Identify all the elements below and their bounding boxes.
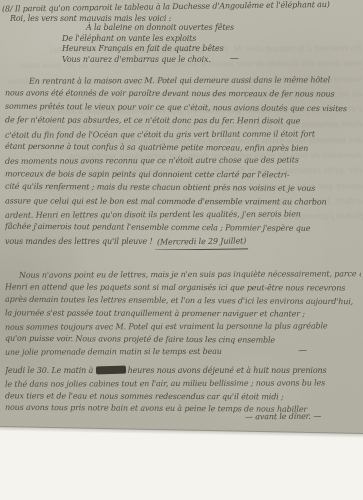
paragraph-1: En rentrant à la maison avec M. Potel qu… [5,74,361,250]
paragraph-1-last-line-text: vous mandes des lettres qu'il pleuve ! [5,237,155,246]
opening-lines: (8/ Il paroit qu'on comparoit le tableau… [2,1,362,25]
letter-line: une jolie promenade demain matin si le t… [5,346,361,360]
letter-line: cité qu'ils renferment ; mais du reste c… [5,180,361,196]
paragraph-1-lines: En rentrant à la maison avec M. Potel qu… [5,74,361,235]
underlined-date: (Mercredi le 29 Juillet) [155,234,248,250]
paragraph-3: Jeudi le 30. Le matin à ■■■■ heures nous… [5,365,361,416]
letter-line: des moments nous avons reconnu que ce n'… [5,154,361,169]
letter-page: En rentrant à la maison avec M. Potel qu… [0,0,363,437]
scanned-letter-photo: En rentrant à la maison avec M. Potel qu… [0,0,363,500]
verse-line: À la baleine on donnoit ouvertes fêtes [62,23,234,34]
letter-line: le thé dans nos jolies cabines tout en l… [5,377,361,391]
paragraph-2: Nous n'avons point eu de lettres, mais j… [5,269,361,359]
closing-line: — avant le dîner. — [245,412,321,422]
letter-line: la journée s'est passée tout tranquillem… [5,307,361,321]
crossed-out-word: ■■■■ [95,366,125,375]
paragraph-3-first-line: Jeudi le 30. Le matin à ■■■■ heures nous… [5,365,361,378]
letter-line: de fer n'étoient pas absurdes, et ce n'é… [5,114,361,129]
letter-line: fâchée j'aimerois tout pendant l'ensembl… [5,220,361,236]
letter-line: nous sommes toujours avec M. Potel qui e… [5,320,361,334]
verse-quatrain: À la baleine on donnoit ouvertes fêtesDe… [62,23,234,66]
verse-flourish-dash: — [230,54,239,64]
verse-line: De l'éléphant on vante les exploits [62,34,234,45]
paragraph-2-flourish-dash: — [298,346,307,356]
verse-line: Heureux Français en fait de quatre bêtes [62,44,234,55]
paragraph-2-lines: Nous n'avons point eu de lettres, mais j… [5,269,361,359]
verse-line: Vous n'aurez d'embarras que le choix. [62,55,234,66]
paragraph-3-first-line-post: heures nous avons déjeuné et à huit nous… [125,366,326,375]
paragraph-3-lines: le thé dans nos jolies cabines tout en l… [5,378,361,416]
paragraph-1-last-line: vous mandes des lettres qu'il pleuve ! (… [5,235,361,250]
paragraph-3-first-line-pre: Jeudi le 30. Le matin à [5,366,96,375]
